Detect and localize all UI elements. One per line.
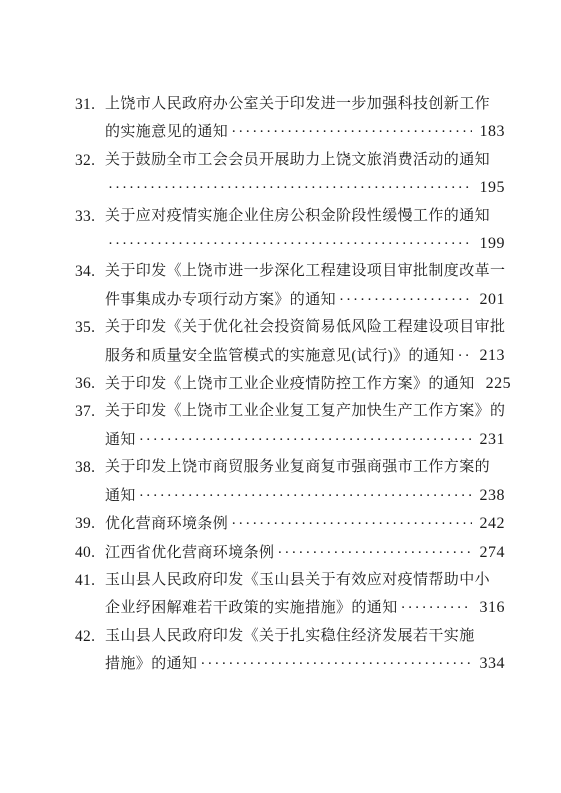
entry-number: 36. (75, 370, 105, 397)
toc-entry: 36.关于印发《上饶市工业企业疫情防控工作方案》的通知225 (75, 370, 505, 398)
entry-page-number: 199 (480, 230, 506, 257)
entry-line-with-page: 通知238 (105, 482, 505, 510)
document-page: 31.上饶市人民政府办公室关于印发进一步加强科技创新工作的实施意见的通知1833… (0, 0, 561, 793)
entry-line-with-page: 195 (105, 174, 505, 202)
entry-body: 关于印发《上饶市进一步深化工程建设项目审批制度改革一件事集成办专项行动方案》的通… (105, 258, 505, 314)
entry-number: 41. (75, 567, 105, 594)
entry-page-number: 225 (486, 370, 512, 397)
toc-entry: 40.江西省优化营商环境条例274 (75, 539, 505, 567)
toc-list: 31.上饶市人民政府办公室关于印发进一步加强科技创新工作的实施意见的通知1833… (75, 91, 505, 679)
leader-dots (401, 595, 472, 622)
entry-line-with-page: 关于印发《上饶市工业企业疫情防控工作方案》的通知225 (105, 370, 505, 398)
entry-body: 关于鼓励全市工会会员开展助力上饶文旅消费活动的通知195 (105, 147, 505, 203)
leader-dots (108, 175, 472, 202)
entry-page-number: 201 (480, 286, 506, 313)
leader-dots (458, 343, 472, 370)
toc-entry: 32.关于鼓励全市工会会员开展助力上饶文旅消费活动的通知195 (75, 147, 505, 203)
entry-line-with-page: 措施》的通知334 (105, 650, 505, 678)
entry-body: 玉山县人民政府印发《关于扎实稳住经济发展若干实施措施》的通知334 (105, 623, 505, 679)
entry-page-number: 213 (480, 342, 506, 369)
toc-entry: 35.关于印发《关于优化社会投资简易低风险工程建设项目审批服务和质量安全监管模式… (75, 314, 505, 370)
entry-number: 31. (75, 91, 105, 118)
leader-dots (277, 540, 471, 567)
entry-title-text: 关于印发《上饶市工业企业疫情防控工作方案》的通知 (105, 371, 475, 398)
entry-number: 37. (75, 398, 105, 425)
entry-page-number: 183 (480, 118, 506, 145)
toc-entry: 38.关于印发上饶市商贸服务业复商复市强商强市工作方案的通知238 (75, 454, 505, 510)
entry-page-number: 274 (480, 539, 506, 566)
entry-line-with-page: 的实施意见的通知183 (105, 118, 505, 146)
entry-page-number: 231 (480, 426, 506, 453)
entry-line-with-page: 通知231 (105, 426, 505, 454)
entry-number: 42. (75, 623, 105, 650)
entry-number: 40. (75, 539, 105, 566)
entry-body: 关于应对疫情实施企业住房公积金阶段性缓慢工作的通知199 (105, 203, 505, 259)
entry-title-text: 件事集成办专项行动方案》的通知 (105, 287, 336, 314)
toc-entry: 31.上饶市人民政府办公室关于印发进一步加强科技创新工作的实施意见的通知183 (75, 91, 505, 147)
entry-title-text: 优化营商环境条例 (105, 511, 228, 538)
entry-body: 玉山县人民政府印发《玉山县关于有效应对疫情帮助中小企业纾困解难若干政策的实施措施… (105, 567, 505, 623)
entry-body: 关于印发《上饶市工业企业疫情防控工作方案》的通知225 (105, 370, 505, 398)
entry-line-with-page: 服务和质量安全监管模式的实施意见(试行)》的通知213 (105, 342, 505, 370)
entry-line-with-page: 企业纾困解难若干政策的实施措施》的通知316 (105, 594, 505, 622)
entry-title-line: 关于印发《关于优化社会投资简易低风险工程建设项目审批 (105, 314, 505, 341)
entry-title-line: 玉山县人民政府印发《玉山县关于有效应对疫情帮助中小 (105, 567, 505, 594)
entry-title-line: 上饶市人民政府办公室关于印发进一步加强科技创新工作 (105, 91, 505, 118)
entry-title-line: 关于印发《上饶市进一步深化工程建设项目审批制度改革一 (105, 258, 505, 285)
toc-entry: 42.玉山县人民政府印发《关于扎实稳住经济发展若干实施措施》的通知334 (75, 623, 505, 679)
leader-dots (339, 287, 471, 314)
entry-number: 39. (75, 510, 105, 537)
toc-entry: 33.关于应对疫情实施企业住房公积金阶段性缓慢工作的通知199 (75, 203, 505, 259)
leader-dots (231, 511, 471, 538)
entry-page-number: 334 (480, 650, 506, 677)
entry-line-with-page: 优化营商环境条例242 (105, 510, 505, 538)
entry-page-number: 195 (480, 174, 506, 201)
leader-dots (139, 483, 472, 510)
entry-body: 上饶市人民政府办公室关于印发进一步加强科技创新工作的实施意见的通知183 (105, 91, 505, 147)
entry-page-number: 238 (480, 482, 506, 509)
entry-body: 关于印发上饶市商贸服务业复商复市强商强市工作方案的通知238 (105, 454, 505, 510)
leader-dots (231, 119, 471, 146)
entry-body: 关于印发《上饶市工业企业复工复产加快生产工作方案》的通知231 (105, 398, 505, 454)
leader-dots (139, 427, 472, 454)
entry-title-line: 关于鼓励全市工会会员开展助力上饶文旅消费活动的通知 (105, 147, 505, 174)
entry-page-number: 316 (480, 594, 506, 621)
leader-dots (200, 651, 471, 678)
entry-line-with-page: 件事集成办专项行动方案》的通知201 (105, 286, 505, 314)
entry-line-with-page: 199 (105, 230, 505, 258)
entry-line-with-page: 江西省优化营商环境条例274 (105, 539, 505, 567)
entry-number: 33. (75, 203, 105, 230)
entry-title-text: 通知 (105, 483, 136, 510)
entry-title-line: 玉山县人民政府印发《关于扎实稳住经济发展若干实施 (105, 623, 505, 650)
entry-number: 32. (75, 147, 105, 174)
entry-title-line: 关于应对疫情实施企业住房公积金阶段性缓慢工作的通知 (105, 203, 505, 230)
entry-body: 优化营商环境条例242 (105, 510, 505, 538)
entry-title-line: 关于印发《上饶市工业企业复工复产加快生产工作方案》的 (105, 398, 505, 425)
entry-page-number: 242 (480, 510, 506, 537)
entry-number: 38. (75, 454, 105, 481)
entry-body: 关于印发《关于优化社会投资简易低风险工程建设项目审批服务和质量安全监管模式的实施… (105, 314, 505, 370)
entry-number: 34. (75, 258, 105, 285)
entry-title-text: 企业纾困解难若干政策的实施措施》的通知 (105, 595, 398, 622)
toc-entry: 34.关于印发《上饶市进一步深化工程建设项目审批制度改革一件事集成办专项行动方案… (75, 258, 505, 314)
entry-title-text: 服务和质量安全监管模式的实施意见(试行)》的通知 (105, 343, 455, 370)
entry-title-line: 关于印发上饶市商贸服务业复商复市强商强市工作方案的 (105, 454, 505, 481)
entry-number: 35. (75, 314, 105, 341)
entry-title-text: 的实施意见的通知 (105, 119, 228, 146)
toc-entry: 41.玉山县人民政府印发《玉山县关于有效应对疫情帮助中小企业纾困解难若干政策的实… (75, 567, 505, 623)
toc-entry: 37.关于印发《上饶市工业企业复工复产加快生产工作方案》的通知231 (75, 398, 505, 454)
entry-title-text: 江西省优化营商环境条例 (105, 540, 274, 567)
entry-title-text: 措施》的通知 (105, 651, 197, 678)
leader-dots (108, 231, 472, 258)
toc-entry: 39.优化营商环境条例242 (75, 510, 505, 538)
entry-body: 江西省优化营商环境条例274 (105, 539, 505, 567)
entry-title-text: 通知 (105, 427, 136, 454)
